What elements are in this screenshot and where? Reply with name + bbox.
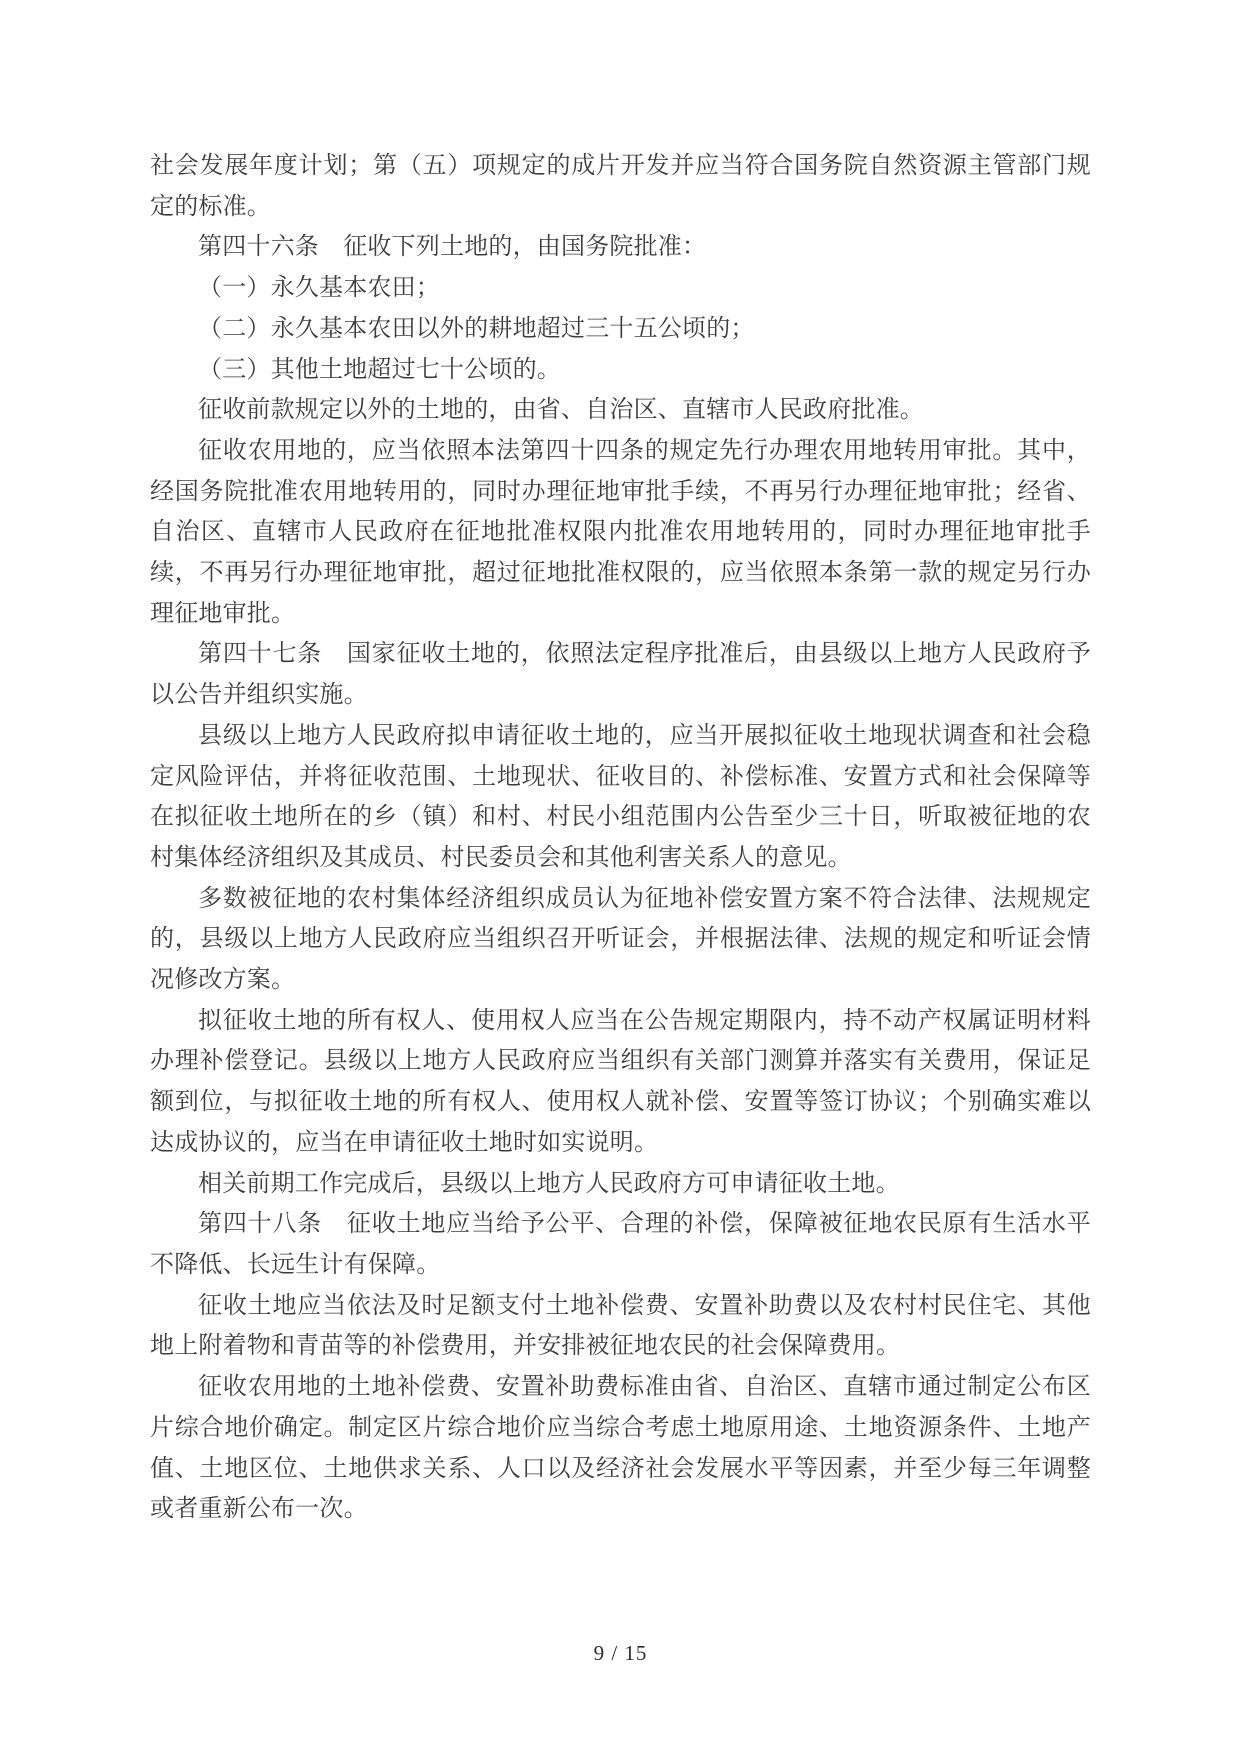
article-48-paragraph-3: 征收农用地的土地补偿费、安置补助费标准由省、自治区、直辖市通过制定公布区片综合地… (150, 1367, 1091, 1530)
article-46-item-2: （二）永久基本农田以外的耕地超过三十五公顷的； (150, 309, 1091, 350)
article-48-heading: 第四十八条 征收土地应当给予公平、合理的补偿，保障被征地农民原有生活水平不降低、… (150, 1204, 1091, 1285)
page-number: 9 / 15 (0, 1640, 1241, 1666)
article-47-paragraph-3: 多数被征地的农村集体经济组织成员认为征地补偿安置方案不符合法律、法规规定的，县级… (150, 879, 1091, 1001)
article-46-paragraph-2: 征收前款规定以外的土地的，由省、自治区、直辖市人民政府批准。 (150, 390, 1091, 431)
article-46-paragraph-3: 征收农用地的，应当依照本法第四十四条的规定先行办理农用地转用审批。其中，经国务院… (150, 431, 1091, 635)
article-47-paragraph-4: 拟征收土地的所有权人、使用权人应当在公告规定期限内，持不动产权属证明材料办理补偿… (150, 1001, 1091, 1164)
paragraph-continuation: 社会发展年度计划；第（五）项规定的成片开发并应当符合国务院自然资源主管部门规定的… (150, 146, 1091, 227)
document-page: 社会发展年度计划；第（五）项规定的成片开发并应当符合国务院自然资源主管部门规定的… (0, 0, 1241, 1754)
article-46-item-3: （三）其他土地超过七十公顷的。 (150, 350, 1091, 391)
document-body: 社会发展年度计划；第（五）项规定的成片开发并应当符合国务院自然资源主管部门规定的… (150, 146, 1091, 1530)
article-47-paragraph-2: 县级以上地方人民政府拟申请征收土地的，应当开展拟征收土地现状调查和社会稳定风险评… (150, 716, 1091, 879)
article-47-paragraph-5: 相关前期工作完成后，县级以上地方人民政府方可申请征收土地。 (150, 1164, 1091, 1205)
article-48-paragraph-2: 征收土地应当依法及时足额支付土地补偿费、安置补助费以及农村村民住宅、其他地上附着… (150, 1286, 1091, 1367)
article-47-heading: 第四十七条 国家征收土地的，依照法定程序批准后，由县级以上地方人民政府予以公告并… (150, 634, 1091, 715)
article-46-heading: 第四十六条 征收下列土地的，由国务院批准： (150, 227, 1091, 268)
article-46-item-1: （一）永久基本农田； (150, 268, 1091, 309)
